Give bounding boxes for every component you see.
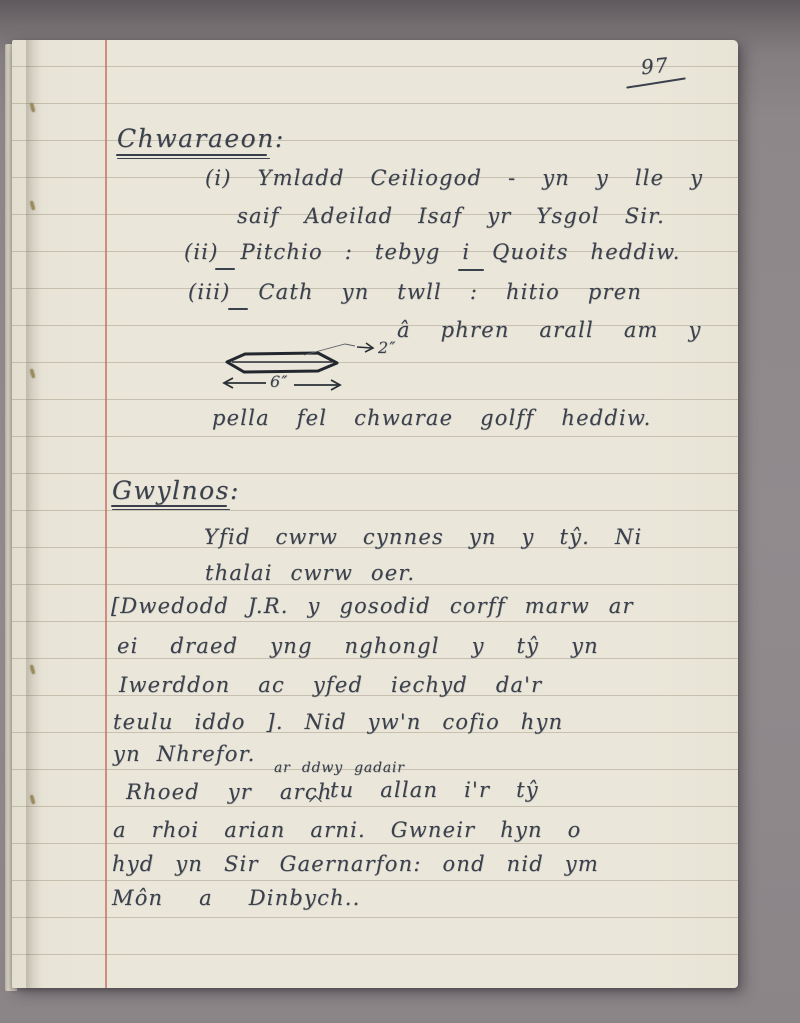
- interlinear-insertion: ar ddwy gadair: [274, 760, 405, 776]
- manuscript-line: Rhoed yr arch: [126, 780, 333, 804]
- section-heading-gwylnos: Gwylnos:: [112, 476, 240, 505]
- manuscript-line: pella fel chwarae golff heddiw.: [212, 406, 651, 430]
- manuscript-line: (ii) Pitchio : tebyg i Quoits heddiw.: [184, 240, 681, 264]
- manuscript-line: tu allan i'r tŷ: [330, 778, 539, 802]
- emphasis-underline: [458, 269, 484, 271]
- page-number: 97: [640, 53, 670, 80]
- heading-underline: [116, 154, 267, 156]
- diagram-length-label: 6″: [270, 372, 289, 391]
- manuscript-line: yn Nhrefor.: [113, 742, 255, 766]
- manuscript-line: Iwerddon ac yfed iechyd da'r: [119, 673, 542, 697]
- margin-rule: [105, 40, 107, 988]
- manuscript-line: thalai cwrw oer.: [205, 561, 415, 585]
- manuscript-line: â phren arall am y: [397, 318, 702, 342]
- emphasis-underline: [215, 268, 235, 270]
- binding-crease: [26, 40, 42, 988]
- diagram-thickness-label: 2″: [378, 338, 397, 357]
- manuscript-line: teulu iddo ]. Nid yw'n cofio hyn: [113, 710, 563, 734]
- manuscript-line: ei draed yng nghongl y tŷ yn: [117, 634, 599, 658]
- heading-underline: [111, 505, 227, 507]
- manuscript-line: Yfid cwrw cynnes yn y tŷ. Ni: [204, 525, 642, 549]
- manuscript-line: (i) Ymladd Ceiliogod - yn y lle y: [205, 166, 703, 190]
- manuscript-line: hyd yn Sir Gaernarfon: ond nid ym: [112, 852, 599, 876]
- manuscript-line: Môn a Dinbych..: [112, 886, 361, 910]
- section-heading-chwaraeon: Chwaraeon:: [117, 124, 285, 153]
- manuscript-line: [Dwedodd J.R. y gosodid corff marw ar: [111, 594, 634, 618]
- manuscript-line: saif Adeilad Isaf yr Ysgol Sir.: [237, 204, 665, 228]
- notebook-page: 97 Chwaraeon: (i) Ymladd Ceiliogod - yn …: [12, 40, 738, 988]
- manuscript-line: a rhoi arian arni. Gwneir hyn o: [113, 818, 582, 842]
- photo-background: 97 Chwaraeon: (i) Ymladd Ceiliogod - yn …: [0, 0, 800, 1023]
